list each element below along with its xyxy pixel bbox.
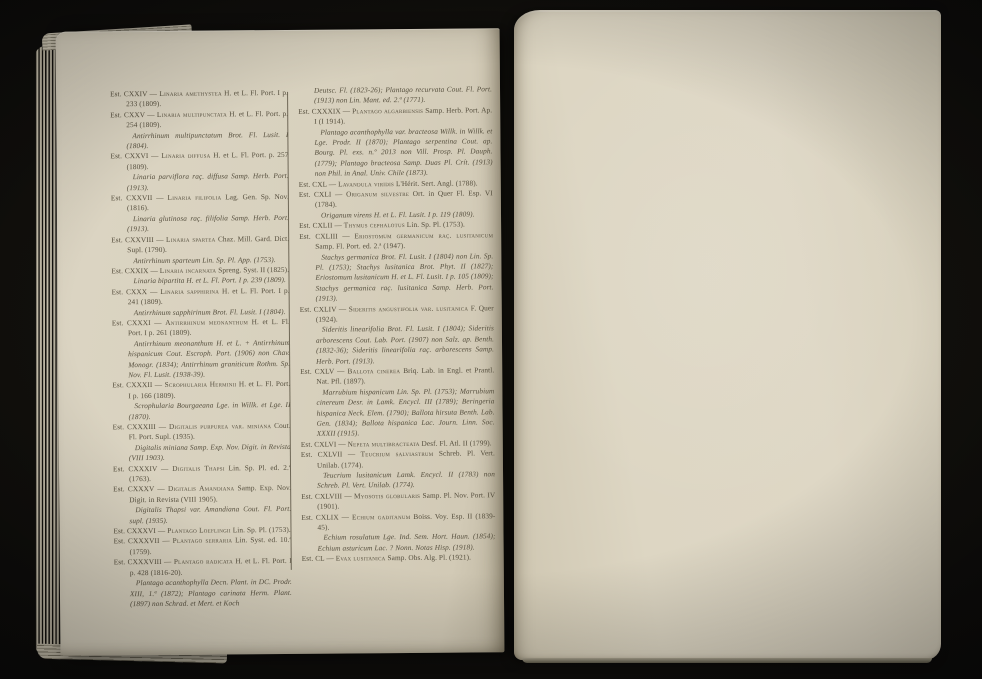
plate-number: Est. CXLIV —	[300, 304, 349, 313]
synonym-note: Digitalis Thapsi var. Amandiana Cout. Fl…	[113, 504, 291, 526]
entry-reference: Samp. Fl. Port. ed. 2.ª (1947).	[315, 241, 405, 251]
species-name: Antirrhinum meonanthum	[165, 317, 248, 327]
plate-number: Est. CXLII —	[299, 221, 344, 230]
entry-reference: L'Hérit. Sert. Angl. (1788).	[394, 178, 478, 188]
catalog-column-right: Deutsc. Fl. (1823-26); Plantago recurvat…	[298, 84, 496, 564]
synonym-note: Linaria glutinosa raç. filifolia Samp. H…	[111, 213, 289, 235]
catalog-entry: Est. CXXXI — Antirrhinum meonanthum H. e…	[112, 317, 290, 339]
species-name: Plantago algarbiensis	[352, 106, 423, 116]
species-name: Ballota cinerea	[347, 366, 400, 375]
plate-number: Est. CXXXVIII —	[114, 557, 174, 566]
synonym-note: Linaria parviflora raç. diffusa Samp. He…	[111, 171, 289, 193]
species-name: Digitalis purpurea var. miniana	[169, 421, 271, 431]
catalog-entry: Est. CXXXVII — Plantago serraria Lin. Sy…	[114, 535, 292, 557]
catalog-entry: Est. CXLIII — Eriostomum germanicum raç.…	[299, 230, 493, 252]
synonym-note: Stachys germanica Brot. Fl. Lusit. I (18…	[299, 251, 493, 305]
species-name: Plantago radicata	[174, 557, 233, 566]
catalog-entry: Est. CXXXVIII — Plantago radicata H. et …	[114, 556, 292, 578]
species-name: Sideritis angustifolia var. lusitanica	[349, 303, 469, 313]
plate-number: Est. CXLVI —	[301, 439, 348, 448]
plate-number: Est. CXXX —	[112, 287, 161, 296]
plate-number: Est. CXXV —	[110, 110, 157, 119]
catalog-entry: Est. CXXIV — Linaria amethystea H. et L.…	[110, 88, 288, 110]
plate-number: Est. CXLVII —	[301, 450, 361, 459]
synonym-note: Marrubium hispanicum Lin. Sp. Pl. (1753)…	[300, 386, 494, 440]
plate-number: Est. CXLVIII —	[301, 491, 354, 500]
entry-reference: Lin. Sp. Pl. (1753).	[231, 525, 291, 534]
entry-reference: Desf. Fl. Atl. II (1799).	[420, 438, 492, 448]
left-page: Est. CXXIV — Linaria amethystea H. et L.…	[56, 28, 505, 655]
species-name: Nepeta multibracteata	[348, 439, 420, 449]
plate-number: Est. CXLIII —	[299, 231, 354, 240]
species-name: Linaria spartea	[166, 234, 216, 243]
catalog-entry: Est. CXXXV — Digitalis Amandiana Samp. E…	[113, 483, 291, 505]
species-name: Evax lusitanica	[336, 553, 386, 562]
entry-reference: Lin. Sp. Pl. (1753).	[405, 220, 465, 229]
synonym-note: Plantago acanthophylla var. bracteosa Wi…	[298, 126, 492, 180]
entry-reference: Spreng. Syst. II (1825).	[216, 265, 289, 275]
plate-number: Est. CXXXV —	[113, 484, 168, 493]
synonym-note: Plantago acanthophylla Decn. Plant. in D…	[114, 577, 292, 610]
plate-number: Est. CXL —	[299, 179, 338, 188]
catalog-entry: Est. CXXVI — Linaria diffusa H. et L. Fl…	[111, 150, 289, 172]
catalog-column-left: Est. CXXIV — Linaria amethystea H. et L.…	[110, 88, 292, 610]
species-name: Lavandula viridis	[338, 179, 394, 188]
species-name: Myosotis globularis	[354, 491, 420, 501]
plate-number: Est. CXXVII —	[111, 193, 168, 202]
species-name: Thymus cephalotus	[344, 220, 405, 229]
catalog-entry: Est. CXXXIV — Digitalis Thapsi Lin. Sp. …	[113, 463, 291, 485]
page-edge-under-right	[522, 658, 932, 663]
plate-number: Est. CXXXIII —	[113, 422, 169, 431]
catalog-entry: Est. CXXVIII — Linaria spartea Chaz. Mil…	[111, 234, 289, 256]
synonym-note: Teucrium lusitanicum Lamk. Encycl. II (1…	[301, 469, 495, 491]
species-name: Teucrium salviastrum	[361, 449, 434, 459]
plate-number: Est. CXXXII —	[112, 380, 164, 389]
synonym-note: Sideritis linearifolia Brot. Fl. Lusit. …	[300, 324, 494, 367]
species-name: Linaria sapphirina	[160, 286, 219, 295]
species-name: Digitalis Amandiana	[168, 484, 235, 494]
synonym-note: Echium rosulatum Lge. Ind. Sem. Hort. Ha…	[302, 532, 496, 554]
catalog-entry: Est. CXXXIII — Digitalis purpurea var. m…	[113, 421, 291, 443]
plate-number: Est. CXLIX —	[301, 512, 352, 521]
plate-number: Est. CXXXI —	[112, 318, 165, 327]
plate-number: Est. CXLI —	[299, 190, 346, 199]
plate-number: Est. CXXXVI —	[113, 526, 167, 535]
species-name: Linaria incarnata	[160, 265, 217, 274]
plate-number: Est. CL —	[302, 554, 336, 563]
plate-number: Est. CXXIV —	[110, 89, 159, 98]
species-name: Digitalis Thapsi	[172, 463, 225, 472]
catalog-entry: Est. CXLVIII — Myosotis globularis Samp.…	[301, 490, 495, 512]
synonym-note: Antirrhinum multipunctatum Brot. Fl. Lus…	[110, 130, 288, 152]
species-name: Eriostomum germanicum raç. lusitanicum	[354, 230, 493, 240]
synonym-note: Antirrhinum meonanthum H. et L. + Antirr…	[112, 338, 290, 381]
synonym-note: Digitalis miniana Samp. Exp. Nov. Digit.…	[113, 442, 291, 464]
catalog-entry: Est. CXXVII — Linaria filifolia Lag. Gen…	[111, 192, 289, 214]
entry-continuation: Deutsc. Fl. (1823-26); Plantago recurvat…	[298, 84, 492, 106]
right-page-blank	[514, 10, 941, 660]
catalog-entry: Est. CXLIX — Echium gaditanum Boiss. Voy…	[301, 511, 495, 533]
plate-number: Est. CXXVIII —	[111, 235, 166, 244]
catalog-entry: Est. CL — Evax lusitanica Samp. Obs. Alg…	[302, 553, 496, 565]
catalog-text-block: Est. CXXIV — Linaria amethystea H. et L.…	[110, 86, 506, 589]
catalog-entry: Est. CXXXIX — Plantago algarbiensis Samp…	[298, 105, 492, 127]
plate-number: Est. CXXXIX —	[298, 106, 352, 115]
catalog-entry: Est. CXXX — Linaria sapphirina H. et L. …	[112, 286, 290, 308]
plate-number: Est. CXLV —	[300, 366, 347, 375]
plate-number: Est. CXXXVII —	[114, 536, 173, 545]
plate-number: Est. CXXIX —	[111, 266, 159, 275]
species-name: Echium gaditanum	[352, 512, 410, 521]
species-name: Linaria filifolia	[167, 193, 221, 202]
species-name: Linaria diffusa	[161, 151, 210, 160]
species-name: Origanum silvestre	[346, 189, 409, 198]
catalog-entry: Est. CXXXII — Scrophularia Herminii H. e…	[112, 379, 290, 401]
species-name: Plantago serraria	[173, 536, 233, 545]
species-name: Plantago Loeflingii	[167, 525, 231, 534]
catalog-entry: Est. CXLIV — Sideritis angustifolia var.…	[300, 303, 494, 325]
catalog-entry: Est. CXLVII — Teucrium salviastrum Schre…	[301, 449, 495, 471]
catalog-entry: Est. CXLI — Origanum silvestre Ort. in Q…	[299, 188, 493, 210]
entry-reference: Samp. Obs. Alg. Pl. (1921).	[385, 553, 471, 563]
catalog-entry: Est. CXXV — Linaria multipunctata H. et …	[110, 109, 288, 131]
plate-number: Est. CXXVI —	[111, 151, 162, 160]
plate-number: Est. CXXXIV —	[113, 463, 172, 472]
species-name: Scrophularia Herminii	[165, 380, 237, 390]
catalog-entry: Est. CXLV — Ballota cinerea Briq. Lab. i…	[300, 365, 494, 387]
synonym-note: Scrophularia Bourgaeana Lge. in Willk. e…	[112, 400, 290, 422]
species-name: Linaria multipunctata	[157, 109, 227, 119]
species-name: Linaria amethystea	[159, 88, 222, 97]
